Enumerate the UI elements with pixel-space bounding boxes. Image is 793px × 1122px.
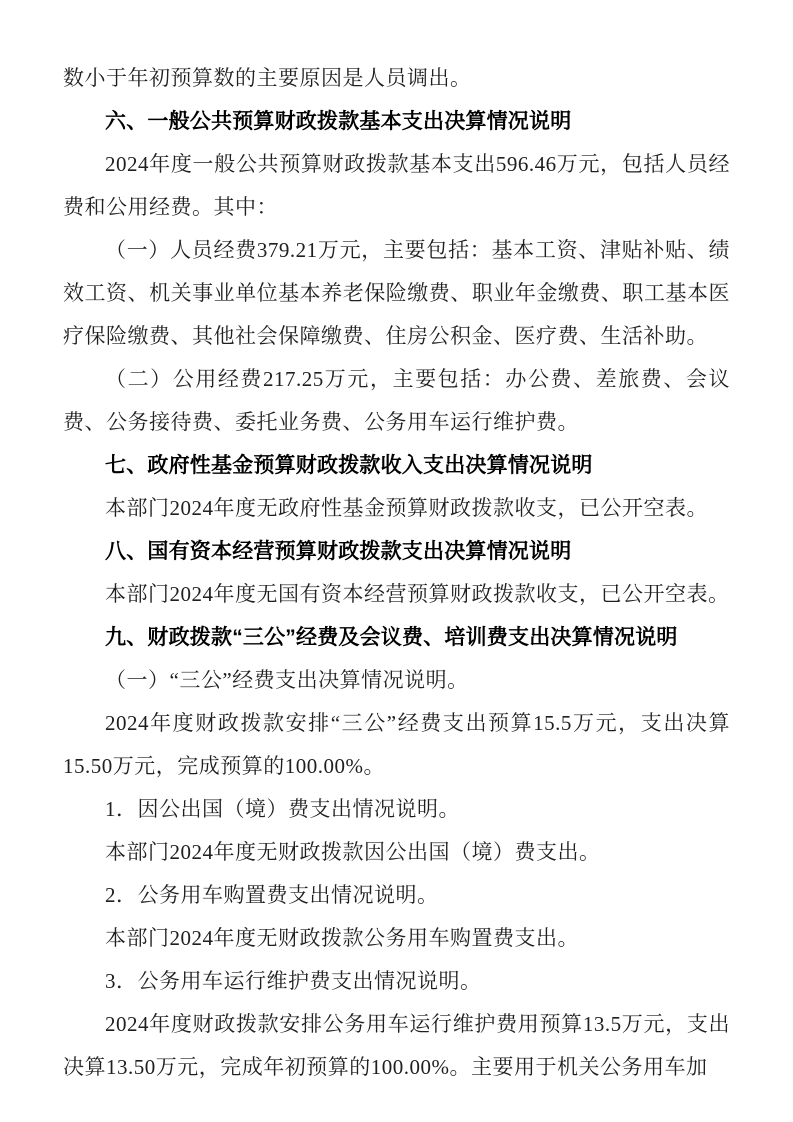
paragraph-personnel-expenses: （一）人员经费379.21万元，主要包括：基本工资、津贴补贴、绩效工资、机关事业… bbox=[63, 229, 730, 358]
section-heading-7-government-fund-budget: 七、政府性基金预算财政拨款收入支出决算情况说明 bbox=[63, 444, 730, 487]
paragraph-item3-vehicle-maintenance-title: 3．公务用车运行维护费支出情况说明。 bbox=[63, 960, 730, 1003]
paragraph-three-public-subtitle: （一）“三公”经费支出决算情况说明。 bbox=[63, 659, 730, 702]
paragraph-item1-overseas-trips-title: 1．因公出国（境）费支出情况说明。 bbox=[63, 788, 730, 831]
paragraph-item2-vehicle-purchase-title: 2．公务用车购置费支出情况说明。 bbox=[63, 874, 730, 917]
paragraph-item3-vehicle-maintenance-detail: 2024年度财政拨款安排公务用车运行维护费用预算13.5万元，支出决算13.50… bbox=[63, 1003, 730, 1089]
paragraph-public-expenses: （二）公用经费217.25万元，主要包括：办公费、差旅费、会议费、公务接待费、委… bbox=[63, 358, 730, 444]
section-heading-8-state-capital-budget: 八、国有资本经营预算财政拨款支出决算情况说明 bbox=[63, 530, 730, 573]
section-heading-9-three-public-expenses: 九、财政拨款“三公”经费及会议费、培训费支出决算情况说明 bbox=[63, 616, 730, 659]
paragraph-no-state-capital: 本部门2024年度无国有资本经营预算财政拨款收支，已公开空表。 bbox=[63, 573, 730, 616]
section-heading-6-basic-expenditure: 六、一般公共预算财政拨款基本支出决算情况说明 bbox=[63, 100, 730, 143]
paragraph-no-government-fund: 本部门2024年度无政府性基金预算财政拨款收支，已公开空表。 bbox=[63, 487, 730, 530]
document-page: 数小于年初预算数的主要原因是人员调出。 六、一般公共预算财政拨款基本支出决算情况… bbox=[0, 0, 793, 1122]
paragraph-item2-vehicle-purchase-detail: 本部门2024年度无财政拨款公务用车购置费支出。 bbox=[63, 917, 730, 960]
paragraph-continuation-from-previous-page: 数小于年初预算数的主要原因是人员调出。 bbox=[63, 57, 730, 100]
paragraph-basic-expenditure-total: 2024年度一般公共预算财政拨款基本支出596.46万元，包括人员经费和公用经费… bbox=[63, 143, 730, 229]
paragraph-item1-overseas-trips-detail: 本部门2024年度无财政拨款因公出国（境）费支出。 bbox=[63, 831, 730, 874]
paragraph-three-public-budget-figures: 2024年度财政拨款安排“三公”经费支出预算15.5万元，支出决算15.50万元… bbox=[63, 702, 730, 788]
